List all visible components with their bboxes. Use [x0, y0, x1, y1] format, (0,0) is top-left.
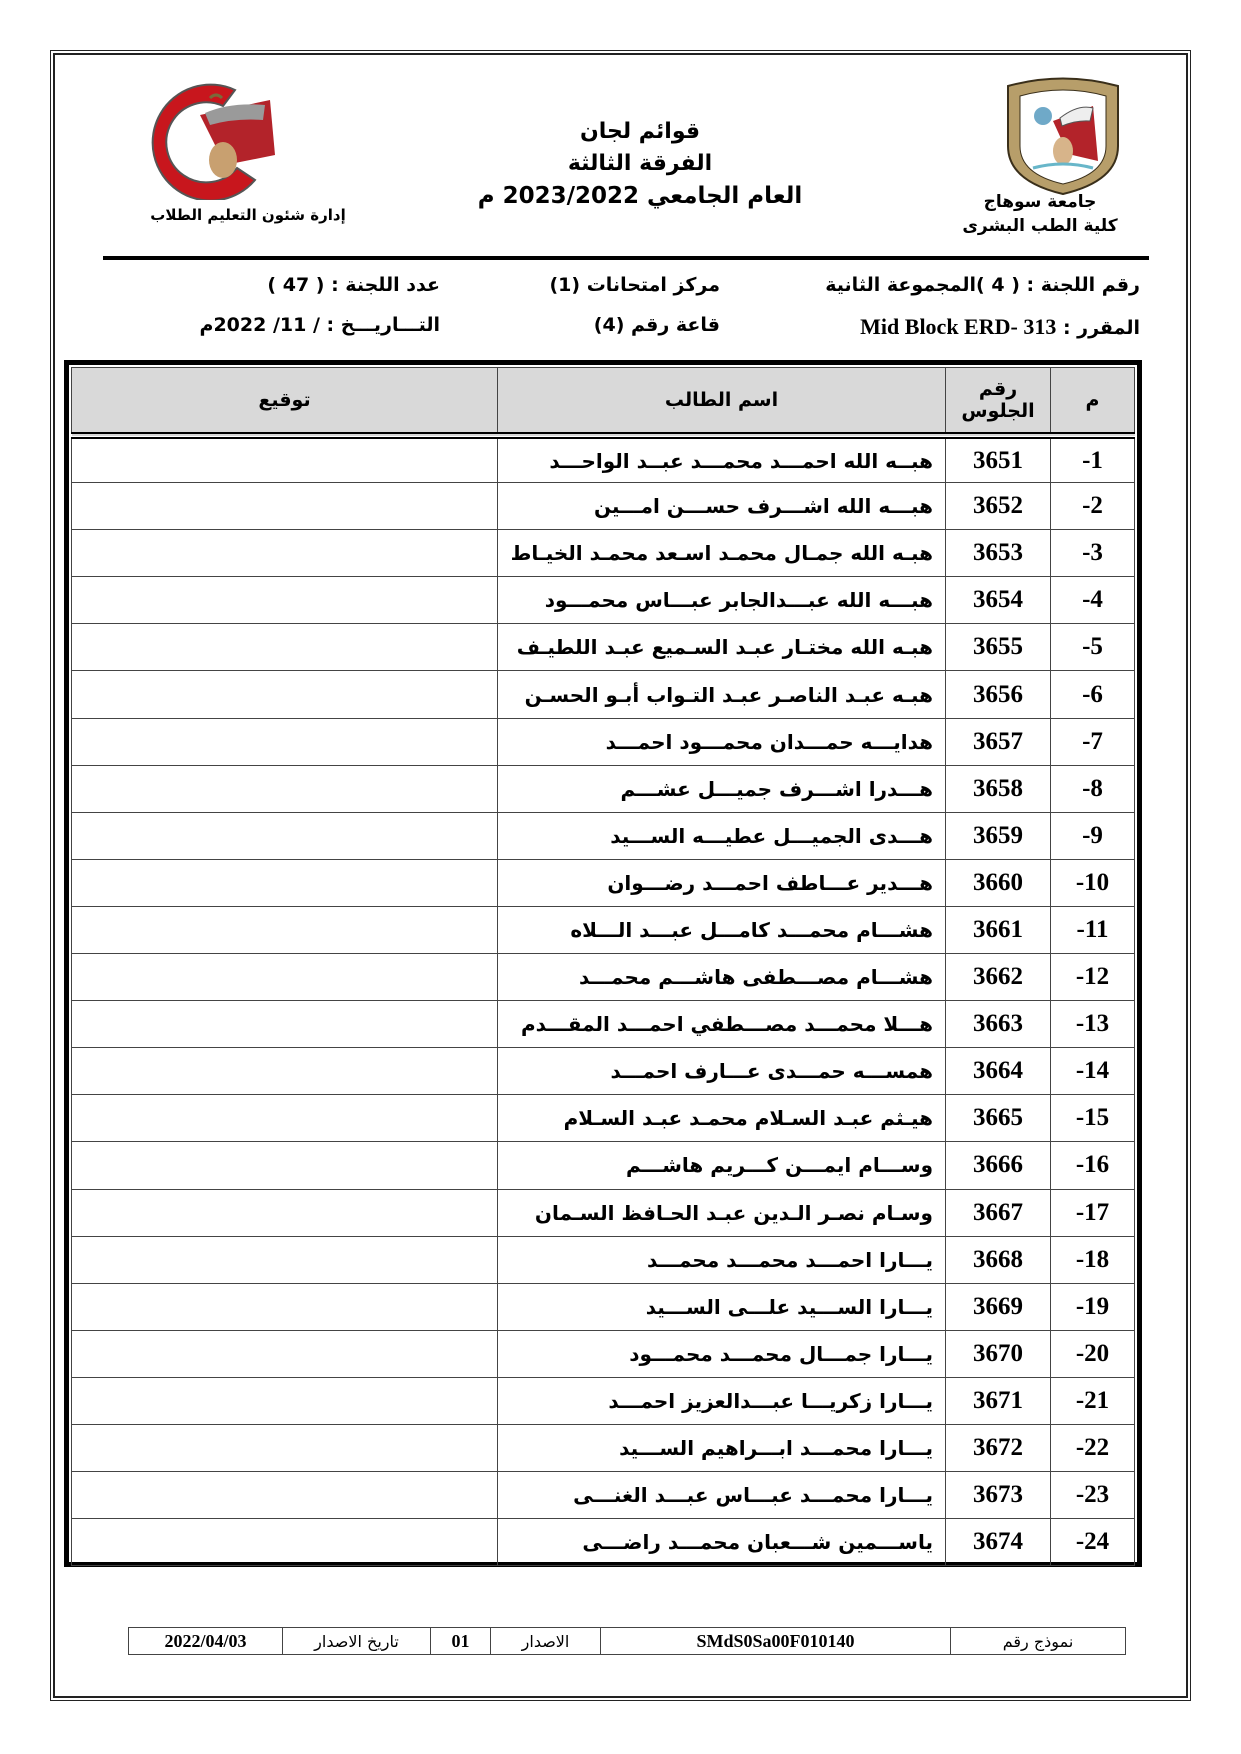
course-label: المقرر :	[1056, 317, 1140, 339]
signature-cell	[72, 1142, 498, 1189]
row-index: -20	[1051, 1330, 1135, 1377]
faculty-label: كلية الطب البشرى	[960, 214, 1120, 238]
table-row: -243674ياســـمين شـــعبان محمـــد راضـــ…	[72, 1519, 1135, 1566]
table-row: -73657هدايـــه حمـــدان محمـــود احمـــد	[72, 718, 1135, 765]
table-header-row: م رقم الجلوس اسم الطالب توقيع	[72, 368, 1135, 436]
student-name: هبــه الله احمـــد محمـــد عبــد الواحــ…	[498, 436, 946, 483]
table-row: -203670يـــارا جمـــال محمـــد محمـــود	[72, 1330, 1135, 1377]
course-code: Mid Block ERD- 313	[860, 314, 1056, 339]
header-divider	[103, 256, 1149, 260]
university-emblem-icon	[998, 76, 1128, 206]
signature-cell	[72, 812, 498, 859]
row-index: -12	[1051, 954, 1135, 1001]
student-name: هبـــه الله اشـــرف حســـن امـــين	[498, 483, 946, 530]
seat-number: 3669	[946, 1283, 1051, 1330]
student-name: هبـه الله جمـال محمـد اسـعد محمـد الخيـا…	[498, 530, 946, 577]
seat-number: 3655	[946, 624, 1051, 671]
seat-number: 3665	[946, 1095, 1051, 1142]
table-row: -173667وسـام نصـر الـدين عبـد الحـافظ ال…	[72, 1189, 1135, 1236]
signature-cell	[72, 1424, 498, 1471]
row-index: -5	[1051, 624, 1135, 671]
row-index: -22	[1051, 1424, 1135, 1471]
document-header: جامعة سوهاج كلية الطب البشرى قوائم لجان …	[100, 70, 1140, 260]
table-row: -113661هشـــام محمـــد كامـــل عبـــد ال…	[72, 906, 1135, 953]
signature-cell	[72, 1519, 498, 1566]
row-index: -9	[1051, 812, 1135, 859]
seat-number: 3660	[946, 859, 1051, 906]
committee-count: عدد اللجنة : ( 47 )	[267, 274, 440, 296]
table-row: -23652هبـــه الله اشـــرف حســـن امـــين	[72, 483, 1135, 530]
table-row: -83658هـــدرا اشـــرف جميـــل عشـــم	[72, 765, 1135, 812]
col-index-header: م	[1051, 368, 1135, 436]
signature-cell	[72, 859, 498, 906]
row-index: -15	[1051, 1095, 1135, 1142]
signature-cell	[72, 954, 498, 1001]
signature-cell	[72, 624, 498, 671]
table-row: -93659هـــدى الجميـــل عطيـــه الســـيد	[72, 812, 1135, 859]
table-row: -163666وســـام ايمـــن كـــريم هاشـــم	[72, 1142, 1135, 1189]
university-name: جامعة سوهاج كلية الطب البشرى	[960, 190, 1120, 238]
student-name: هـــدير عـــاطف احمـــد رضـــوان	[498, 859, 946, 906]
student-name: يـــارا الســـيد علـــى الســـيد	[498, 1283, 946, 1330]
form-number-label: نموذج رقم	[950, 1628, 1125, 1654]
signature-cell	[72, 1377, 498, 1424]
table-row: -63656هبـه عبـد الناصـر عبـد التـواب أبـ…	[72, 671, 1135, 718]
student-name: هبـه الله مختـار عبـد السـميع عبـد اللطي…	[498, 624, 946, 671]
seat-number: 3656	[946, 671, 1051, 718]
row-index: -18	[1051, 1236, 1135, 1283]
table-row: -223672يـــارا محمـــد ابـــراهيم الســـ…	[72, 1424, 1135, 1471]
title-line-1: قوائم لجان	[470, 116, 810, 148]
row-index: -13	[1051, 1001, 1135, 1048]
seat-number: 3663	[946, 1001, 1051, 1048]
row-index: -4	[1051, 577, 1135, 624]
student-name: يـــارا جمـــال محمـــد محمـــود	[498, 1330, 946, 1377]
student-name: هشـــام مصـــطفى هاشـــم محمـــد	[498, 954, 946, 1001]
seat-number: 3658	[946, 765, 1051, 812]
issue-number: 01	[430, 1628, 490, 1654]
signature-cell	[72, 1236, 498, 1283]
student-name: همســـه حمـــدى عـــارف احمـــد	[498, 1048, 946, 1095]
committee-info: رقم اللجنة : ( 4 )المجموعة الثانية مركز …	[100, 270, 1140, 350]
student-name: هـــلا محمـــد مصـــطفي احمـــد المقـــد…	[498, 1001, 946, 1048]
seat-number: 3654	[946, 577, 1051, 624]
department-label: إدارة شئون التعليم الطلاب	[138, 206, 358, 224]
seat-number: 3672	[946, 1424, 1051, 1471]
row-index: -8	[1051, 765, 1135, 812]
student-name: يـــارا زكريـــا عبـــدالعزيز احمـــد	[498, 1377, 946, 1424]
seat-number: 3674	[946, 1519, 1051, 1566]
signature-cell	[72, 1095, 498, 1142]
issue-label: الاصدار	[490, 1628, 600, 1654]
exam-center: مركز امتحانات (1)	[549, 274, 720, 296]
student-name: هشـــام محمـــد كامـــل عبـــد الـــلاه	[498, 906, 946, 953]
student-name: هـــدرا اشـــرف جميـــل عشـــم	[498, 765, 946, 812]
row-index: -6	[1051, 671, 1135, 718]
table-row: -103660هـــدير عـــاطف احمـــد رضـــوان	[72, 859, 1135, 906]
signature-cell	[72, 765, 498, 812]
row-index: -11	[1051, 906, 1135, 953]
student-name: وســـام ايمـــن كـــريم هاشـــم	[498, 1142, 946, 1189]
table-row: -33653هبـه الله جمـال محمـد اسـعد محمـد …	[72, 530, 1135, 577]
signature-cell	[72, 577, 498, 624]
university-label: جامعة سوهاج	[960, 190, 1120, 214]
seat-number: 3661	[946, 906, 1051, 953]
seat-number: 3659	[946, 812, 1051, 859]
table-row: -53655هبـه الله مختـار عبـد السـميع عبـد…	[72, 624, 1135, 671]
row-index: -24	[1051, 1519, 1135, 1566]
row-index: -17	[1051, 1189, 1135, 1236]
seat-number: 3653	[946, 530, 1051, 577]
col-name-header: اسم الطالب	[498, 368, 946, 436]
table-row: -43654هبـــه الله عبـــدالجابر عبـــاس م…	[72, 577, 1135, 624]
row-index: -3	[1051, 530, 1135, 577]
table-row: -153665هيـثم عبـد السـلام محمـد عبـد الس…	[72, 1095, 1135, 1142]
row-index: -1	[1051, 436, 1135, 483]
seat-number: 3651	[946, 436, 1051, 483]
row-index: -16	[1051, 1142, 1135, 1189]
row-index: -7	[1051, 718, 1135, 765]
faculty-logo-icon	[115, 80, 305, 200]
signature-cell	[72, 1472, 498, 1519]
committee-number: رقم اللجنة : ( 4 )المجموعة الثانية	[825, 274, 1140, 296]
row-index: -2	[1051, 483, 1135, 530]
table-row: -123662هشـــام مصـــطفى هاشـــم محمـــد	[72, 954, 1135, 1001]
row-index: -23	[1051, 1472, 1135, 1519]
table-row: -233673يـــارا محمـــد عبـــاس عبـــد ال…	[72, 1472, 1135, 1519]
row-index: -10	[1051, 859, 1135, 906]
signature-cell	[72, 1048, 498, 1095]
academic-year: العام الجامعي 2023/2022 م	[470, 180, 810, 212]
signature-cell	[72, 483, 498, 530]
signature-cell	[72, 1001, 498, 1048]
signature-cell	[72, 530, 498, 577]
student-name: هبـه عبـد الناصـر عبـد التـواب أبـو الحس…	[498, 671, 946, 718]
title-line-2: الفرقة الثالثة	[470, 148, 810, 180]
hall-number: قاعة رقم (4)	[594, 314, 720, 336]
seat-number: 3652	[946, 483, 1051, 530]
student-name: يـــارا محمـــد عبـــاس عبـــد الغنـــى	[498, 1472, 946, 1519]
seat-number: 3673	[946, 1472, 1051, 1519]
student-name: هـــدى الجميـــل عطيـــه الســـيد	[498, 812, 946, 859]
table-row: -133663هـــلا محمـــد مصـــطفي احمـــد ا…	[72, 1001, 1135, 1048]
seat-number: 3670	[946, 1330, 1051, 1377]
seat-number: 3657	[946, 718, 1051, 765]
row-index: -21	[1051, 1377, 1135, 1424]
signature-cell	[72, 1283, 498, 1330]
exam-date: التـــاريـــخ : / 11/ 2022م	[200, 314, 441, 336]
seat-number: 3666	[946, 1142, 1051, 1189]
student-name: يـــارا محمـــد ابـــراهيم الســـيد	[498, 1424, 946, 1471]
table-row: -193669يـــارا الســـيد علـــى الســـيد	[72, 1283, 1135, 1330]
student-list-table: م رقم الجلوس اسم الطالب توقيع -13651هبــ…	[64, 360, 1142, 1567]
signature-cell	[72, 671, 498, 718]
student-name: يـــارا احمـــد محمـــد محمـــد	[498, 1236, 946, 1283]
course: المقرر : Mid Block ERD- 313	[860, 314, 1140, 340]
seat-number: 3668	[946, 1236, 1051, 1283]
seat-number: 3671	[946, 1377, 1051, 1424]
signature-cell	[72, 906, 498, 953]
table-row: -143664همســـه حمـــدى عـــارف احمـــد	[72, 1048, 1135, 1095]
signature-cell	[72, 1189, 498, 1236]
student-name: هبـــه الله عبـــدالجابر عبـــاس محمـــو…	[498, 577, 946, 624]
col-signature-header: توقيع	[72, 368, 498, 436]
signature-cell	[72, 436, 498, 483]
form-number: SMdS0Sa00F010140	[600, 1628, 950, 1654]
table-row: -213671يـــارا زكريـــا عبـــدالعزيز احم…	[72, 1377, 1135, 1424]
form-footer: نموذج رقم SMdS0Sa00F010140 الاصدار 01 تا…	[128, 1627, 1126, 1655]
student-name: هدايـــه حمـــدان محمـــود احمـــد	[498, 718, 946, 765]
student-name: هيـثم عبـد السـلام محمـد عبـد السـلام	[498, 1095, 946, 1142]
table-row: -183668يـــارا احمـــد محمـــد محمـــد	[72, 1236, 1135, 1283]
issue-date: 2022/04/03	[129, 1628, 282, 1654]
table-row: -13651هبــه الله احمـــد محمـــد عبــد ا…	[72, 436, 1135, 483]
seat-number: 3662	[946, 954, 1051, 1001]
seat-number: 3667	[946, 1189, 1051, 1236]
row-index: -19	[1051, 1283, 1135, 1330]
document-title: قوائم لجان الفرقة الثالثة العام الجامعي …	[470, 116, 810, 212]
signature-cell	[72, 718, 498, 765]
seat-number: 3664	[946, 1048, 1051, 1095]
student-name: وسـام نصـر الـدين عبـد الحـافظ السـمان	[498, 1189, 946, 1236]
row-index: -14	[1051, 1048, 1135, 1095]
signature-cell	[72, 1330, 498, 1377]
col-seat-header: رقم الجلوس	[946, 368, 1051, 436]
issue-date-label: تاريخ الاصدار	[282, 1628, 430, 1654]
student-name: ياســـمين شـــعبان محمـــد راضـــى	[498, 1519, 946, 1566]
